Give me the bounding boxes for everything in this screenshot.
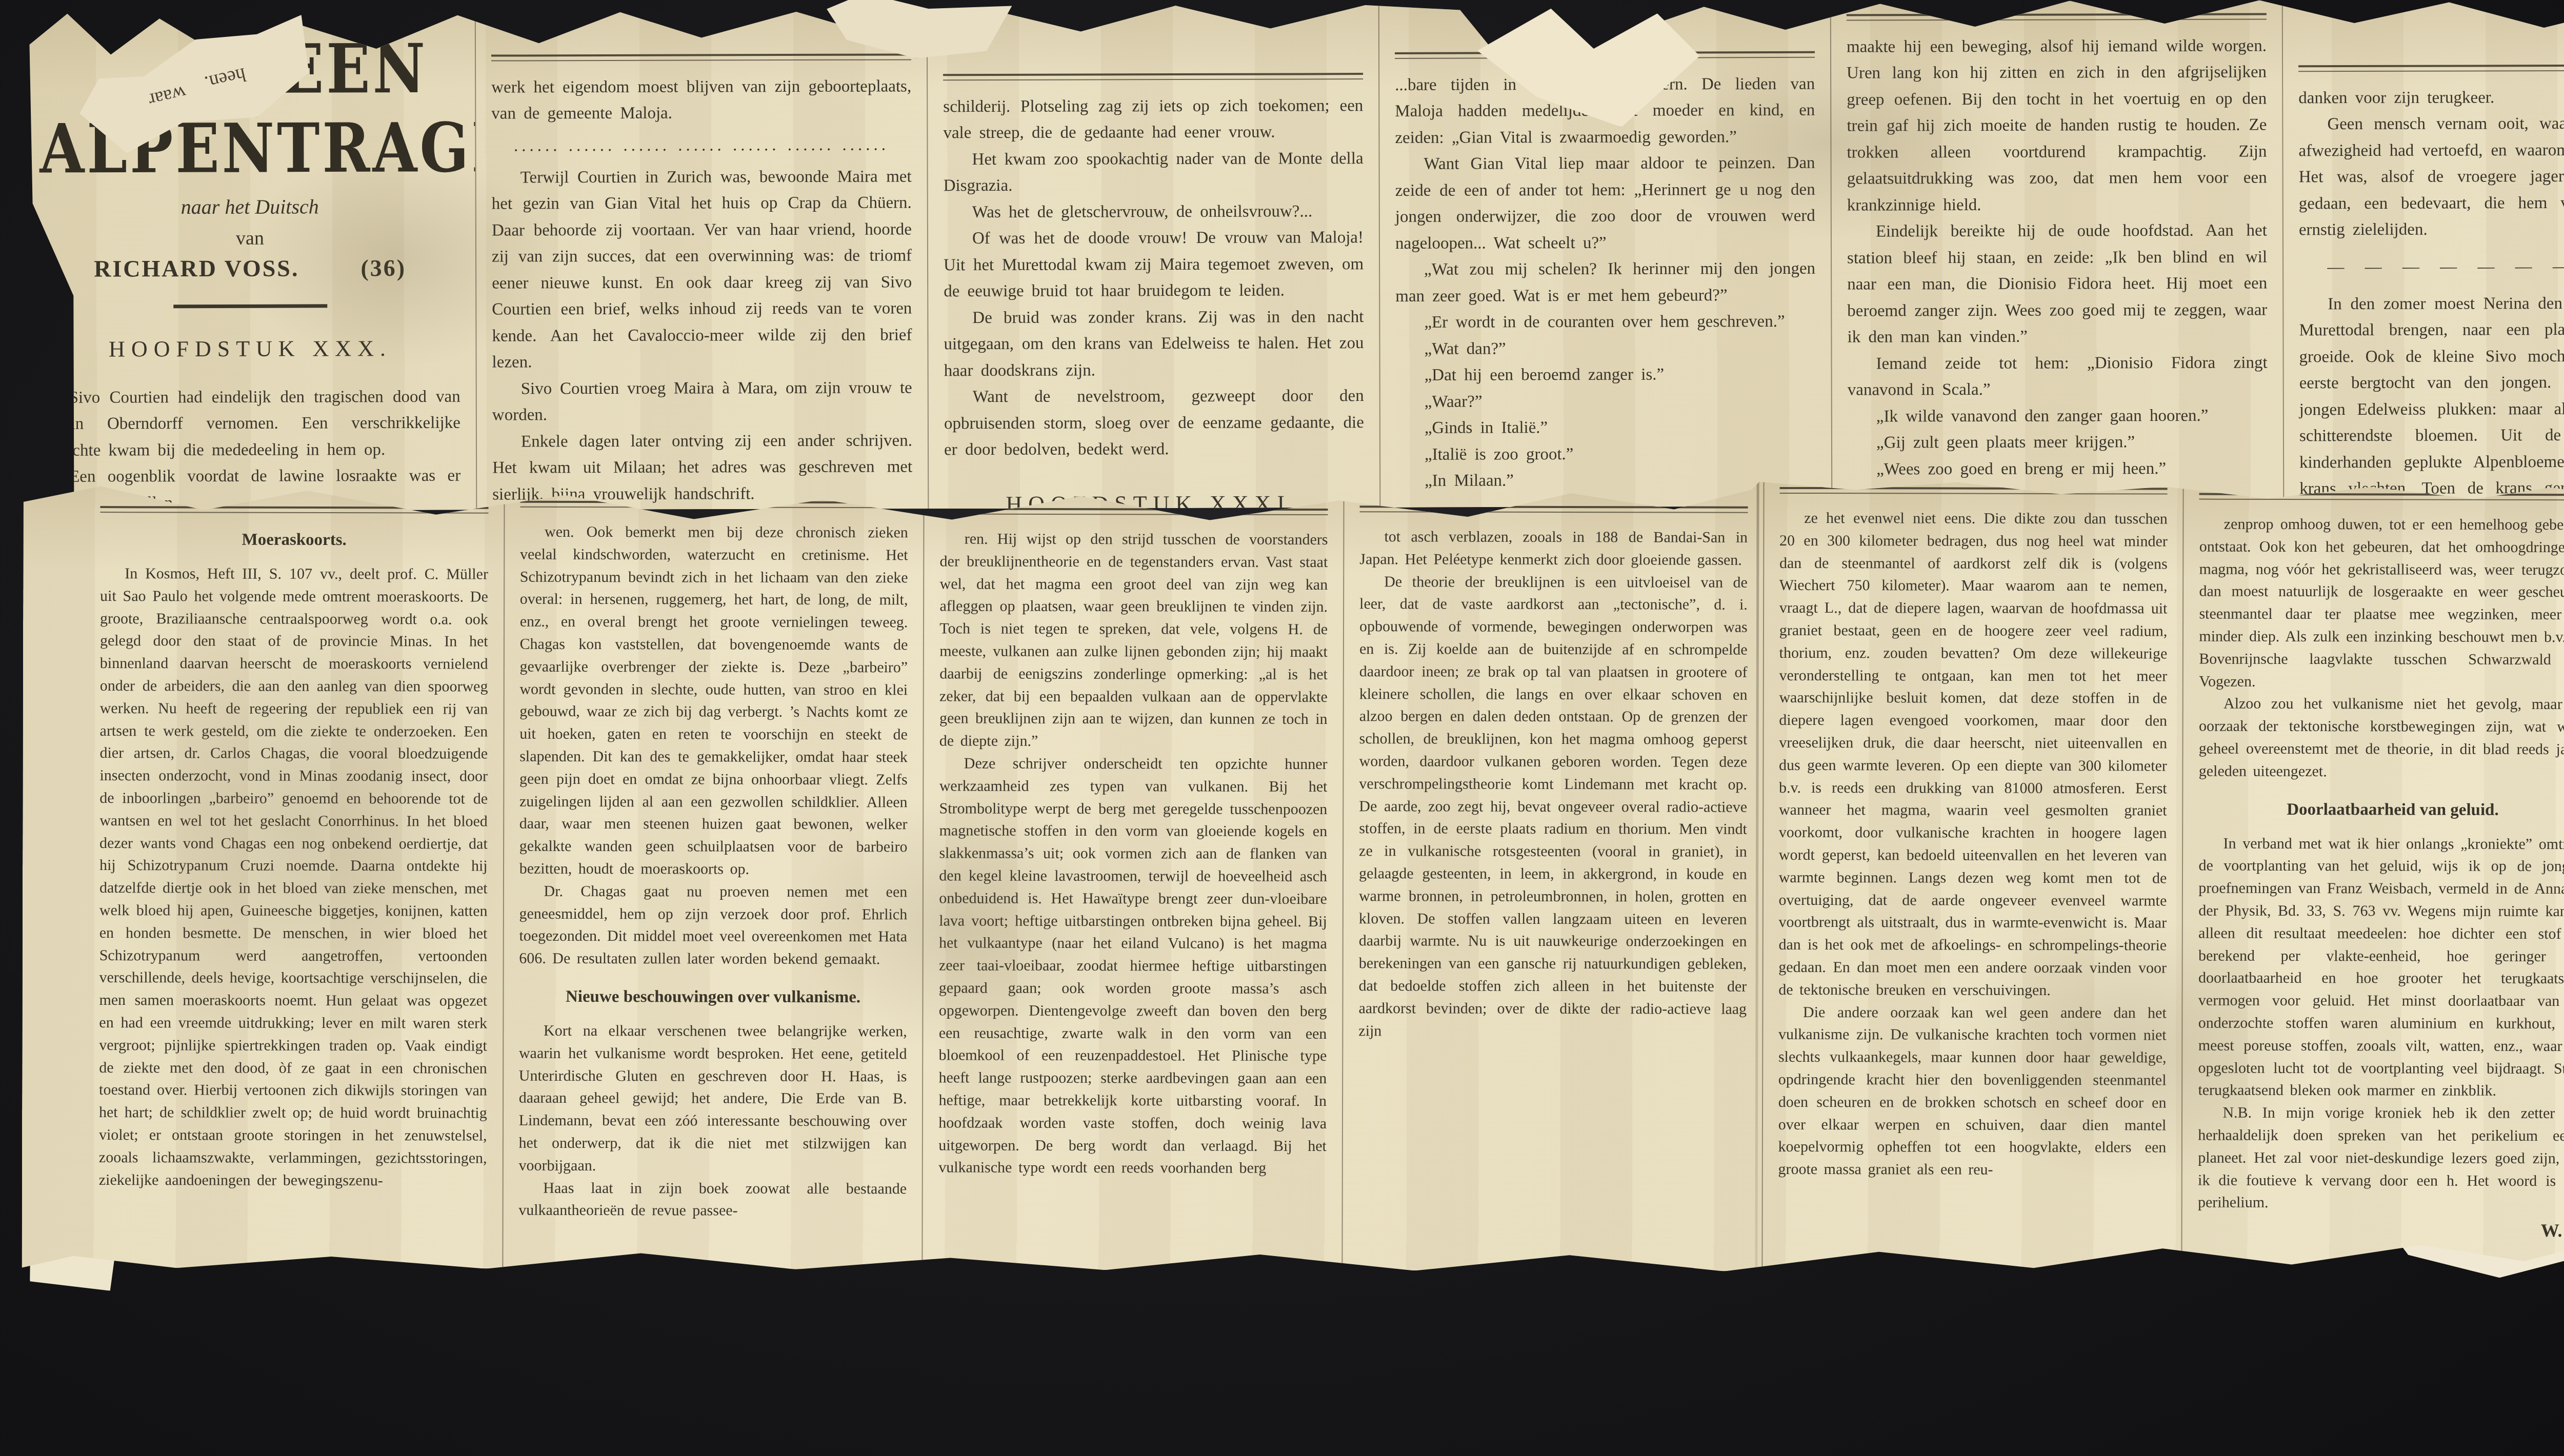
column-text: Moeraskoorts.In Kosmos, Heft III, S. 107… xyxy=(99,530,488,1192)
clipping-novel: EEN ALPENTRAGEDIE. naar het Duitsch van … xyxy=(24,0,2564,511)
newspaper-column: zenprop omhoog duwen, tot er een hemelho… xyxy=(2181,483,2564,1273)
article-paragraph: Want de nevelstroom, gezweept door den o… xyxy=(944,383,1364,463)
column-text: wen. Ook bemerkt men bij deze chronisch … xyxy=(518,521,908,1223)
column-rule xyxy=(2298,64,2564,72)
column-text: HOOFDSTUK XXX.Sivo Courtien had eindelij… xyxy=(40,335,460,511)
article-heading: Doorlaatbaarheid van geluid. xyxy=(2199,800,2564,820)
scrap-fragment-text: waar xyxy=(147,81,189,111)
newspaper-column: wen. Ook bemerkt men bij deze chronisch … xyxy=(502,479,924,1270)
article-paragraph: „Gij zult geen plaats meer krijgen.” xyxy=(1848,429,2268,456)
novel-author: RICHARD VOSS. xyxy=(94,255,299,282)
article-paragraph: „Waar?” xyxy=(1396,388,1816,415)
article-paragraph: De theorie der breuklijnen is een uitvlo… xyxy=(1358,571,1748,1043)
column-text: ze het evenwel niet eens. Die dikte zou … xyxy=(1778,507,2167,1181)
column-text: tot asch verblazen, zooals in 188 de Ban… xyxy=(1358,525,1748,1043)
article-paragraph: „Dat hij een beroemd zanger is.” xyxy=(1396,361,1816,389)
column-rule xyxy=(491,53,911,61)
article-paragraph: — — — — — — — — — — xyxy=(2299,257,2564,277)
installment-number: (36) xyxy=(360,254,406,281)
article-paragraph: Terwijl Courtien in Zurich was, bewoonde… xyxy=(492,164,912,376)
article-paragraph: In Kosmos, Heft III, S. 107 vv., deelt p… xyxy=(99,562,488,1192)
article-paragraph: Enkele dagen later ontving zij een ander… xyxy=(492,428,912,508)
article-paragraph: Deze schrijver onderscheidt ten opzichte… xyxy=(938,752,1327,1180)
article-heading: Nieuwe beschouwingen over vulkanisme. xyxy=(519,987,907,1007)
article-paragraph: wen. Ook bemerkt men bij deze chronisch … xyxy=(519,521,908,881)
article-paragraph: Dr. Chagas gaat nu proeven nemen met een… xyxy=(519,880,907,971)
article-paragraph: Die andere oorzaak kan wel geen andere d… xyxy=(1778,1001,2166,1181)
article-heading: HOOFDSTUK XXX. xyxy=(40,335,460,362)
column-text: werk het eigendom moest blijven van zijn… xyxy=(491,73,913,510)
scrap-fragment-text: heen. xyxy=(203,63,248,94)
column-text: ...bare tijden in het huis te Chüern. De… xyxy=(1395,71,1816,495)
article-paragraph: Was het de gletschervrouw, de onheilsvro… xyxy=(944,198,1364,226)
article-paragraph: N.B. In mijn vorige kroniek heb ik den z… xyxy=(2198,1102,2564,1215)
newspaper-column: danken voor zijn terugkeer.Geen mensch v… xyxy=(2282,0,2564,505)
newspaper-column: schilderij. Plotseling zag zij iets op z… xyxy=(927,0,1380,509)
newspaper-column: maakte hij een beweging, alsof hij ieman… xyxy=(1830,0,2283,507)
article-heading: Moeraskoorts. xyxy=(100,530,488,550)
novel-subtitle: naar het Duitsch xyxy=(40,194,460,219)
article-paragraph: zenprop omhoog duwen, tot er een hemelho… xyxy=(2199,513,2564,694)
novel-byline-van: van xyxy=(40,227,460,250)
newspaper-column: tot asch verblazen, zooals in 188 de Ban… xyxy=(1341,481,1763,1271)
article-paragraph: Geen mensch vernam ooit, waar hij gedure… xyxy=(2298,111,2564,244)
article-paragraph: Eindelijk bereikte hij de oude hoofdstad… xyxy=(1847,218,2268,351)
article-heading: HOOFDSTUK XXXI. xyxy=(944,490,1364,509)
article-paragraph: Het kwam zoo spookachtig nader van de Mo… xyxy=(943,146,1363,199)
newspaper-column: Moeraskoorts.In Kosmos, Heft III, S. 107… xyxy=(22,478,504,1269)
article-paragraph: Kort na elkaar verschenen twee belangrij… xyxy=(518,1020,907,1178)
article-paragraph: Sivo Courtien vroeg Maira à Mara, om zij… xyxy=(492,375,912,429)
article-paragraph: „Er wordt in de couranten over hem gesch… xyxy=(1395,309,1815,336)
article-paragraph: „Ginds in Italië.” xyxy=(1396,414,1816,442)
article-paragraph: Haas laat in zijn boek zoowat alle besta… xyxy=(518,1177,907,1222)
article-paragraph: „Ik wilde vanavond den zanger gaan hoore… xyxy=(1848,402,2268,430)
article-paragraph: werk het eigendom moest blijven van zijn… xyxy=(491,73,911,127)
article-paragraph: Alzoo zou het vulkanisme niet het gevolg… xyxy=(2199,693,2564,783)
newspaper-column: ren. Hij wijst op den strijd tusschen de… xyxy=(922,480,1344,1270)
photo-backdrop: EEN ALPENTRAGEDIE. naar het Duitsch van … xyxy=(0,0,2564,1456)
article-paragraph: „Wat zou mij schelen? Ik herinner mij de… xyxy=(1395,256,1815,310)
article-paragraph: De bruid was zonder krans. Zij was in de… xyxy=(944,304,1364,385)
article-paragraph: In verband met wat ik hier onlangs „kron… xyxy=(2198,832,2564,1102)
article-paragraph: „Italië is zoo groot.” xyxy=(1396,440,1816,468)
article-paragraph: W. xyxy=(2198,1219,2564,1242)
article-paragraph: Sivo Courtien had eindelijk den tragisch… xyxy=(41,384,460,464)
column-text: zenprop omhoog duwen, tot er een hemelho… xyxy=(2198,513,2564,1242)
article-paragraph: ...... ...... ...... ...... ...... .....… xyxy=(491,135,911,155)
article-paragraph: Iemand zeide tot hem: „Dionisio Fidora z… xyxy=(1848,350,2268,403)
article-paragraph: tot asch verblazen, zooals in 188 de Ban… xyxy=(1359,525,1748,571)
newspaper-column: werk het eigendom moest blijven van zijn… xyxy=(475,0,928,510)
column-text: danken voor zijn terugkeer.Geen mensch v… xyxy=(2298,84,2564,505)
masthead-rule xyxy=(173,304,327,308)
newspaper-column: ze het evenwel niet eens. Die dikte zou … xyxy=(1761,482,2183,1272)
article-paragraph: In den zomer moest Nerina den blinde een… xyxy=(2299,290,2564,505)
article-paragraph: schilderij. Plotseling zag zij iets op z… xyxy=(943,93,1363,147)
column-rule xyxy=(940,508,1328,515)
article-paragraph: maakte hij een beweging, alsof hij ieman… xyxy=(1847,33,2267,218)
article-paragraph: Of was het de doode vrouw! De vrouw van … xyxy=(944,225,1364,305)
article-paragraph: Want Gian Vital liep maar aldoor te pein… xyxy=(1395,150,1815,257)
column-rule xyxy=(943,73,1363,80)
column-text: schilderij. Plotseling zag zij iets op z… xyxy=(943,93,1364,509)
article-paragraph: ze het evenwel niet eens. Die dikte zou … xyxy=(1778,507,2168,1002)
column-rule xyxy=(1847,13,2267,21)
article-paragraph: „Wees zoo goed en breng er mij heen.” xyxy=(1848,455,2268,483)
clipping-science: Moeraskoorts.In Kosmos, Heft III, S. 107… xyxy=(22,478,2564,1273)
article-paragraph: ren. Hij wijst op den strijd tusschen de… xyxy=(939,528,1328,753)
article-paragraph: „Wat dan?” xyxy=(1395,335,1815,362)
column-text: maakte hij een beweging, alsof hij ieman… xyxy=(1847,33,2268,482)
article-paragraph: danken voor zijn terugkeer. xyxy=(2298,84,2564,112)
column-text: ren. Hij wijst op den strijd tusschen de… xyxy=(938,528,1328,1180)
